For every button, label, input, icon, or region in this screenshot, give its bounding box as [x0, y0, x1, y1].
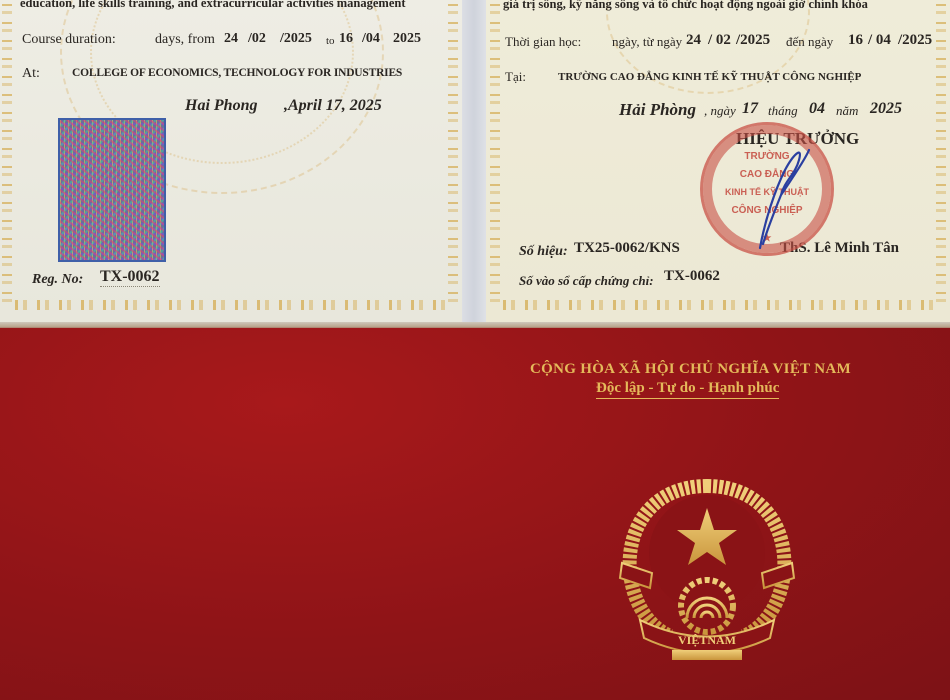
end-day: 16: [339, 31, 353, 47]
reg-no-label: Reg. No:: [32, 272, 83, 288]
duration-days-text: days, from: [155, 32, 215, 48]
at-label: Tại:: [505, 69, 526, 85]
certificate-cover: CỘNG HÒA XÃ HỘI CHỦ NGHĨA VIỆT NAM Độc l…: [0, 328, 950, 700]
end-year: /2025: [898, 32, 932, 49]
emblem-text: VIỆTNAM: [678, 633, 736, 647]
end-year: 2025: [393, 31, 421, 47]
certificate-book-label: Số vào sổ cấp chứng chỉ:: [519, 273, 654, 289]
institution-name: COLLEGE OF ECONOMICS, TECHNOLOGY FOR IND…: [72, 67, 402, 79]
end-day: 16: [848, 32, 863, 49]
serial-label: Số hiệu:: [519, 244, 568, 260]
to-text: to: [326, 35, 335, 47]
ornamental-border-left: [490, 0, 500, 310]
national-motto: Độc lập - Tự do - Hạnh phúc: [596, 380, 779, 399]
issue-day: 17: [742, 100, 758, 118]
end-month: /04: [362, 31, 380, 47]
issue-date: ,April 17, 2025: [284, 97, 382, 115]
issue-month: 04: [809, 100, 825, 118]
issue-place: Hải Phòng: [619, 100, 696, 120]
certificate-page-english: education, life skills training, and ext…: [0, 0, 462, 322]
start-month: / 02: [708, 32, 731, 49]
ornamental-border-right: [936, 0, 946, 310]
year-text: năm: [836, 103, 858, 119]
duration-label: Thời gian học:: [505, 34, 581, 50]
course-description: giá trị sống, kỹ năng sống và tổ chức ho…: [503, 0, 868, 12]
start-month: /02: [248, 31, 266, 47]
institution-name: TRƯỜNG CAO ĐẲNG KINH TẾ KỸ THUẬT CÔNG NG…: [558, 71, 861, 83]
national-title: CỘNG HÒA XÃ HỘI CHỦ NGHĨA VIỆT NAM: [530, 361, 851, 378]
ornamental-border-left: [2, 0, 12, 310]
ornamental-border-right: [448, 0, 458, 310]
ornamental-border-bottom: [10, 300, 450, 310]
reg-no-value: TX-0062: [100, 268, 160, 287]
ornamental-border-bottom: [498, 300, 938, 310]
issue-year: 2025: [870, 100, 902, 118]
start-day: 24: [686, 32, 701, 49]
serial-value: TX25-0062/KNS: [574, 240, 680, 257]
end-month: / 04: [868, 32, 891, 49]
signature-icon: [755, 140, 815, 250]
to-text: đến ngày: [786, 34, 833, 50]
certificate-book-value: TX-0062: [664, 268, 720, 285]
start-day: 24: [224, 31, 238, 47]
day-text: , ngày: [704, 103, 736, 119]
issue-place: Hai Phong: [185, 97, 257, 115]
national-emblem-icon: VIỆTNAM: [612, 478, 802, 663]
start-year: /2025: [280, 31, 312, 47]
start-year: /2025: [736, 32, 770, 49]
duration-label: Course duration:: [22, 32, 116, 48]
course-description: education, life skills training, and ext…: [20, 0, 406, 11]
at-label: At:: [22, 66, 40, 82]
holder-photo-redacted: [58, 118, 166, 262]
duration-days-text: ngày, từ ngày: [612, 34, 682, 50]
month-text: tháng: [768, 103, 798, 119]
page-gutter: [462, 0, 486, 322]
